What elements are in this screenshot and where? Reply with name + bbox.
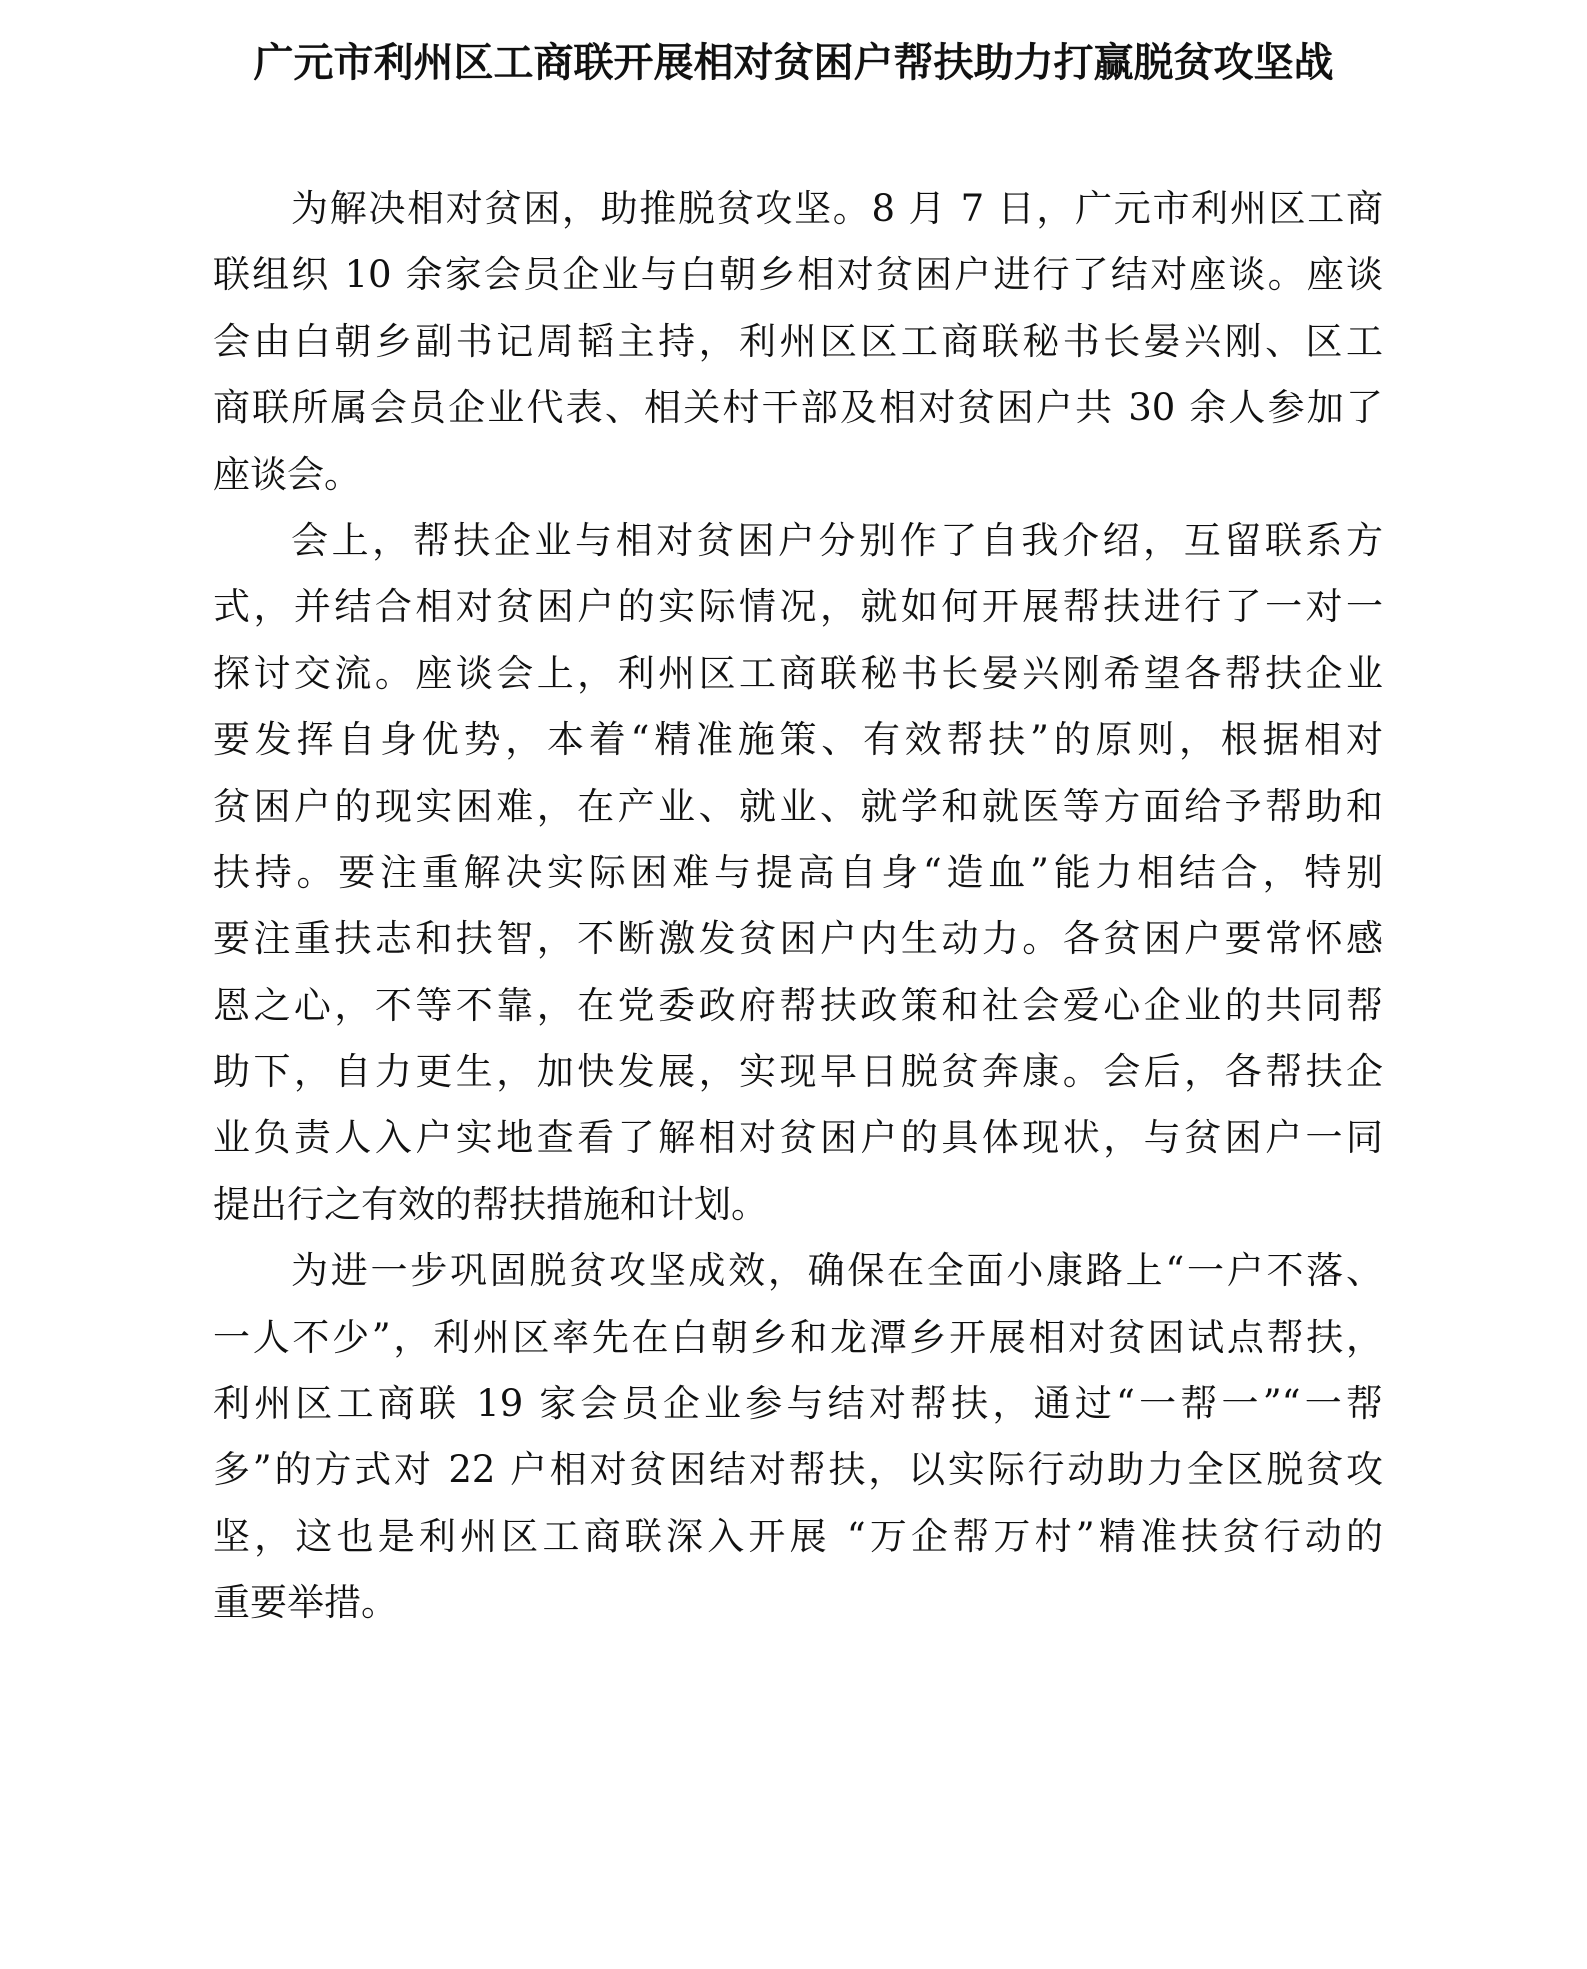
text-line: 商联所属会员企业代表、相关村干部及相对贫困户共 30 余人参加了	[213, 375, 1383, 441]
text-line: 要注重扶志和扶智，不断激发贫困户内生动力。各贫困户要常怀感	[213, 906, 1383, 972]
text-line: 扶持。要注重解决实际困难与提高自身“造血”能力相结合，特别	[213, 840, 1383, 906]
text-line: 恩之心，不等不靠，在党委政府帮扶政策和社会爱心企业的共同帮	[213, 973, 1383, 1039]
text-line: 为解决相对贫困，助推脱贫攻坚。8 月 7 日，广元市利州区工商	[213, 176, 1383, 242]
article-body: 为解决相对贫困，助推脱贫攻坚。8 月 7 日，广元市利州区工商 联组织 10 余…	[213, 176, 1383, 1637]
text-line: 一人不少”，利州区率先在白朝乡和龙潭乡开展相对贫困试点帮扶，	[213, 1305, 1383, 1371]
text-line: 坚，这也是利州区工商联深入开展 “万企帮万村”精准扶贫行动的	[213, 1504, 1383, 1570]
text-line: 提出行之有效的帮扶措施和计划。	[213, 1172, 1383, 1238]
paragraph-3: 为进一步巩固脱贫攻坚成效，确保在全面小康路上“一户不落、 一人不少”，利州区率先…	[213, 1238, 1383, 1636]
text-line: 助下，自力更生，加快发展，实现早日脱贫奔康。会后，各帮扶企	[213, 1039, 1383, 1105]
text-line: 业负责人入户实地查看了解相对贫困户的具体现状，与贫困户一同	[213, 1105, 1383, 1171]
text-line: 会上，帮扶企业与相对贫困户分别作了自我介绍，互留联系方	[213, 508, 1383, 574]
page-title: 广元市利州区工商联开展相对贫困户帮扶助力打赢脱贫攻坚战	[0, 35, 1587, 91]
text-line: 贫困户的现实困难，在产业、就业、就学和就医等方面给予帮助和	[213, 774, 1383, 840]
text-line: 多”的方式对 22 户相对贫困结对帮扶，以实际行动助力全区脱贫攻	[213, 1437, 1383, 1503]
text-line: 利州区工商联 19 家会员企业参与结对帮扶，通过“一帮一”“一帮	[213, 1371, 1383, 1437]
text-line: 要发挥自身优势，本着“精准施策、有效帮扶”的原则，根据相对	[213, 707, 1383, 773]
text-line: 会由白朝乡副书记周韬主持，利州区区工商联秘书长晏兴刚、区工	[213, 309, 1383, 375]
paragraph-1: 为解决相对贫困，助推脱贫攻坚。8 月 7 日，广元市利州区工商 联组织 10 余…	[213, 176, 1383, 508]
text-line: 座谈会。	[213, 442, 1383, 508]
text-line: 式，并结合相对贫困户的实际情况，就如何开展帮扶进行了一对一	[213, 574, 1383, 640]
text-line: 探讨交流。座谈会上，利州区工商联秘书长晏兴刚希望各帮扶企业	[213, 641, 1383, 707]
paragraph-2: 会上，帮扶企业与相对贫困户分别作了自我介绍，互留联系方 式，并结合相对贫困户的实…	[213, 508, 1383, 1238]
text-line: 为进一步巩固脱贫攻坚成效，确保在全面小康路上“一户不落、	[213, 1238, 1383, 1304]
text-line: 重要举措。	[213, 1570, 1383, 1636]
text-line: 联组织 10 余家会员企业与白朝乡相对贫困户进行了结对座谈。座谈	[213, 242, 1383, 308]
